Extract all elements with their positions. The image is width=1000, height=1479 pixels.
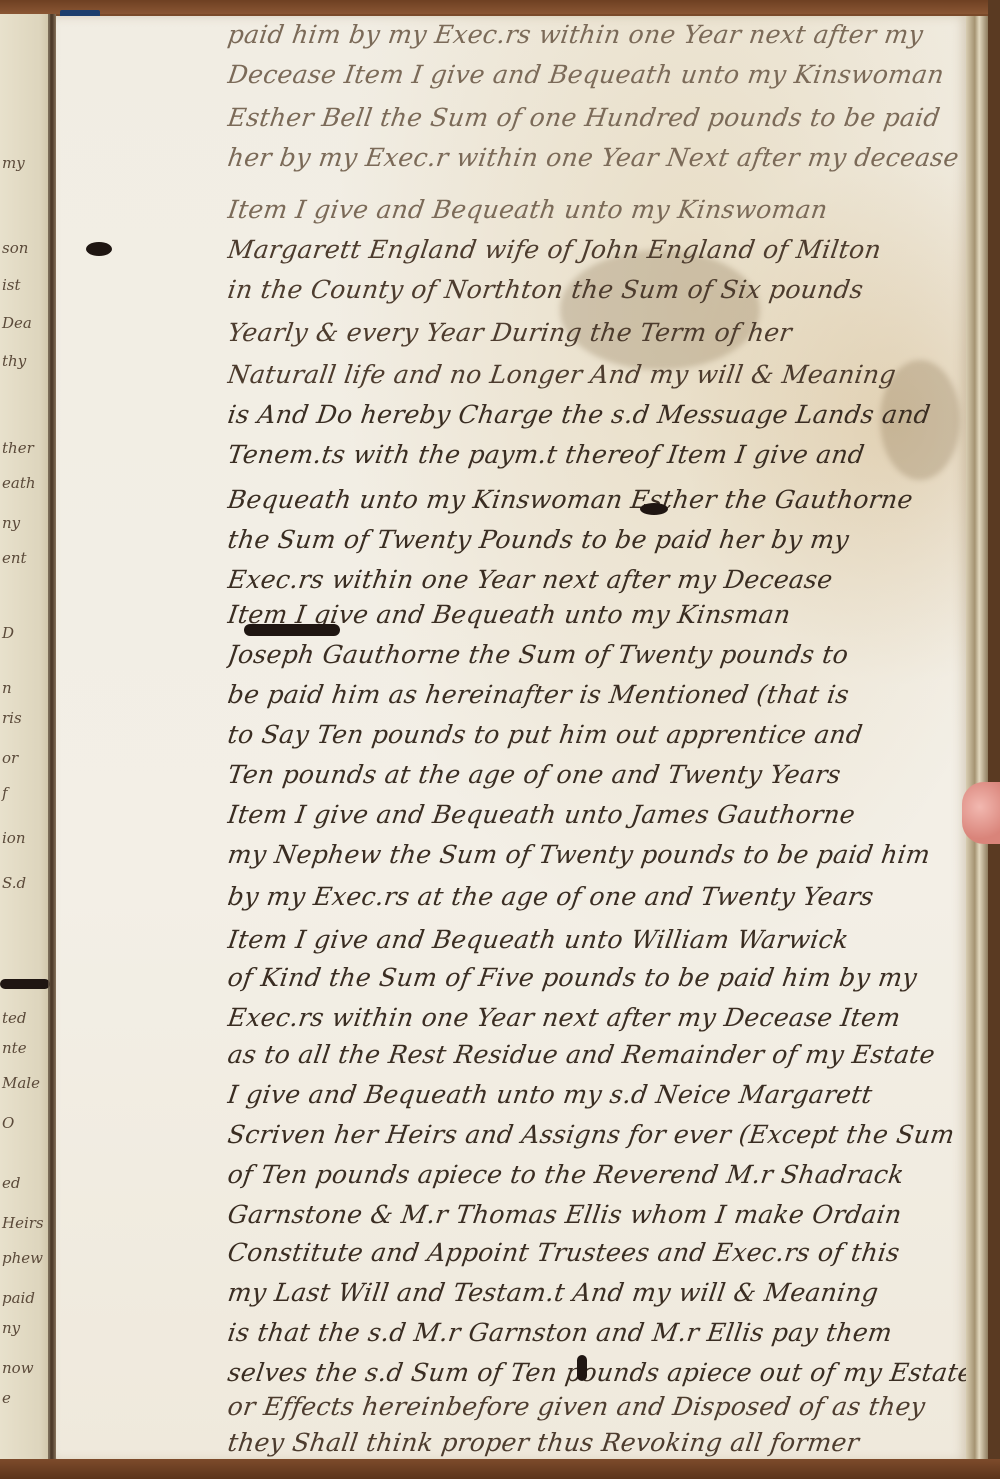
left-fragment: ion	[2, 829, 26, 847]
text-line-33: is that the s.d M.r Garnston and M.r Ell…	[226, 1318, 970, 1347]
ink-blot	[86, 242, 112, 256]
desk-surface-bottom	[0, 1459, 1000, 1479]
left-fragment: or	[2, 749, 18, 767]
left-fragment: D	[2, 624, 14, 642]
left-fragment: S.d	[2, 874, 26, 892]
text-line-16: Joseph Gauthorne the Sum of Twenty pound…	[226, 640, 970, 669]
left-fragment: Heirs	[2, 1214, 44, 1232]
text-line-1: paid him by my Exec.rs within one Year n…	[226, 20, 970, 49]
desk-surface-right	[988, 0, 1000, 1479]
page-fore-edge	[966, 16, 988, 1466]
text-line-20: Item I give and Bequeath unto James Gaut…	[226, 800, 970, 829]
left-fragment: ris	[2, 709, 22, 727]
text-line-18: to Say Ten pounds to put him out apprent…	[226, 720, 970, 749]
left-fragment: ny	[2, 1319, 20, 1337]
text-line-22: by my Exec.rs at the age of one and Twen…	[226, 882, 970, 911]
text-line-5: Item I give and Bequeath unto my Kinswom…	[226, 195, 970, 224]
left-fragment: ny	[2, 514, 20, 532]
water-stain	[560, 250, 760, 370]
text-line-14: Exec.rs within one Year next after my De…	[226, 565, 970, 594]
left-fragment: phew	[2, 1249, 43, 1267]
left-fragment: n	[2, 679, 12, 697]
text-line-32: my Last Will and Testam.t And my will & …	[226, 1278, 970, 1307]
text-line-17: be paid him as hereinafter is Mentioned …	[226, 680, 970, 709]
text-line-2: Decease Item I give and Bequeath unto my…	[226, 60, 970, 89]
left-fragment: Male	[2, 1074, 40, 1092]
book-gutter	[48, 14, 56, 1464]
left-fragment: my	[2, 154, 25, 172]
text-line-36: they Shall think proper thus Revoking al…	[226, 1428, 970, 1457]
holding-thumb	[962, 782, 1000, 844]
left-fragment: thy	[2, 352, 26, 370]
text-line-3: Esther Bell the Sum of one Hundred pound…	[226, 103, 970, 132]
left-fragment: ent	[2, 549, 27, 567]
text-line-8: Yearly & every Year During the Term of h…	[226, 318, 970, 347]
text-line-31: Constitute and Appoint Trustees and Exec…	[226, 1238, 970, 1267]
left-fragment: now	[2, 1359, 34, 1377]
left-facing-page: my son ist Dea thy ther eath ny ent D n …	[0, 14, 50, 1464]
left-fragment: e	[2, 1389, 11, 1407]
ink-strikethrough	[244, 624, 340, 636]
text-line-12: Bequeath unto my Kinswoman Esther the Ga…	[226, 485, 970, 514]
text-line-10: is And Do hereby Charge the s.d Messuage…	[226, 400, 970, 429]
left-fragment: ther	[2, 439, 34, 457]
left-fragment: son	[2, 239, 28, 257]
text-line-4: her by my Exec.r within one Year Next af…	[226, 143, 970, 172]
left-fragment: ed	[2, 1174, 20, 1192]
text-line-28: Scriven her Heirs and Assigns for ever (…	[226, 1120, 970, 1149]
text-line-26: as to all the Rest Residue and Remainder…	[226, 1040, 970, 1069]
left-fragment: paid	[2, 1289, 35, 1307]
text-line-29: of Ten pounds apiece to the Reverend M.r…	[226, 1160, 970, 1189]
left-fragment: nte	[2, 1039, 27, 1057]
text-line-30: Garnstone & M.r Thomas Ellis whom I make…	[226, 1200, 970, 1229]
text-line-19: Ten pounds at the age of one and Twenty …	[226, 760, 970, 789]
text-line-25: Exec.rs within one Year next after my De…	[226, 1003, 970, 1032]
ink-strike-left	[0, 979, 50, 989]
text-line-6: Margarett England wife of John England o…	[226, 235, 970, 264]
left-fragment: ist	[2, 276, 21, 294]
left-fragment: eath	[2, 474, 36, 492]
text-line-7: in the County of Northton the Sum of Six…	[226, 275, 970, 304]
text-line-24: of Kind the Sum of Five pounds to be pai…	[226, 963, 970, 992]
text-line-27: I give and Bequeath unto my s.d Neice Ma…	[226, 1080, 970, 1109]
desk-surface-top	[0, 0, 1000, 14]
text-line-13: the Sum of Twenty Pounds to be paid her …	[226, 525, 970, 554]
left-fragment: Dea	[2, 314, 32, 332]
text-line-23: Item I give and Bequeath unto William Wa…	[226, 925, 970, 954]
ink-blot	[577, 1355, 587, 1381]
ink-blot	[640, 503, 668, 515]
text-line-9: Naturall life and no Longer And my will …	[226, 360, 970, 389]
text-line-34: selves the s.d Sum of Ten pounds apiece …	[226, 1358, 970, 1387]
text-line-11: Tenem.ts with the paym.t thereof Item I …	[226, 440, 970, 469]
text-line-21: my Nephew the Sum of Twenty pounds to be…	[226, 840, 970, 869]
left-fragment: ted	[2, 1009, 27, 1027]
left-fragment: O	[2, 1114, 14, 1132]
left-fragment: f	[2, 784, 8, 802]
text-line-35: or Effects hereinbefore given and Dispos…	[226, 1392, 970, 1421]
